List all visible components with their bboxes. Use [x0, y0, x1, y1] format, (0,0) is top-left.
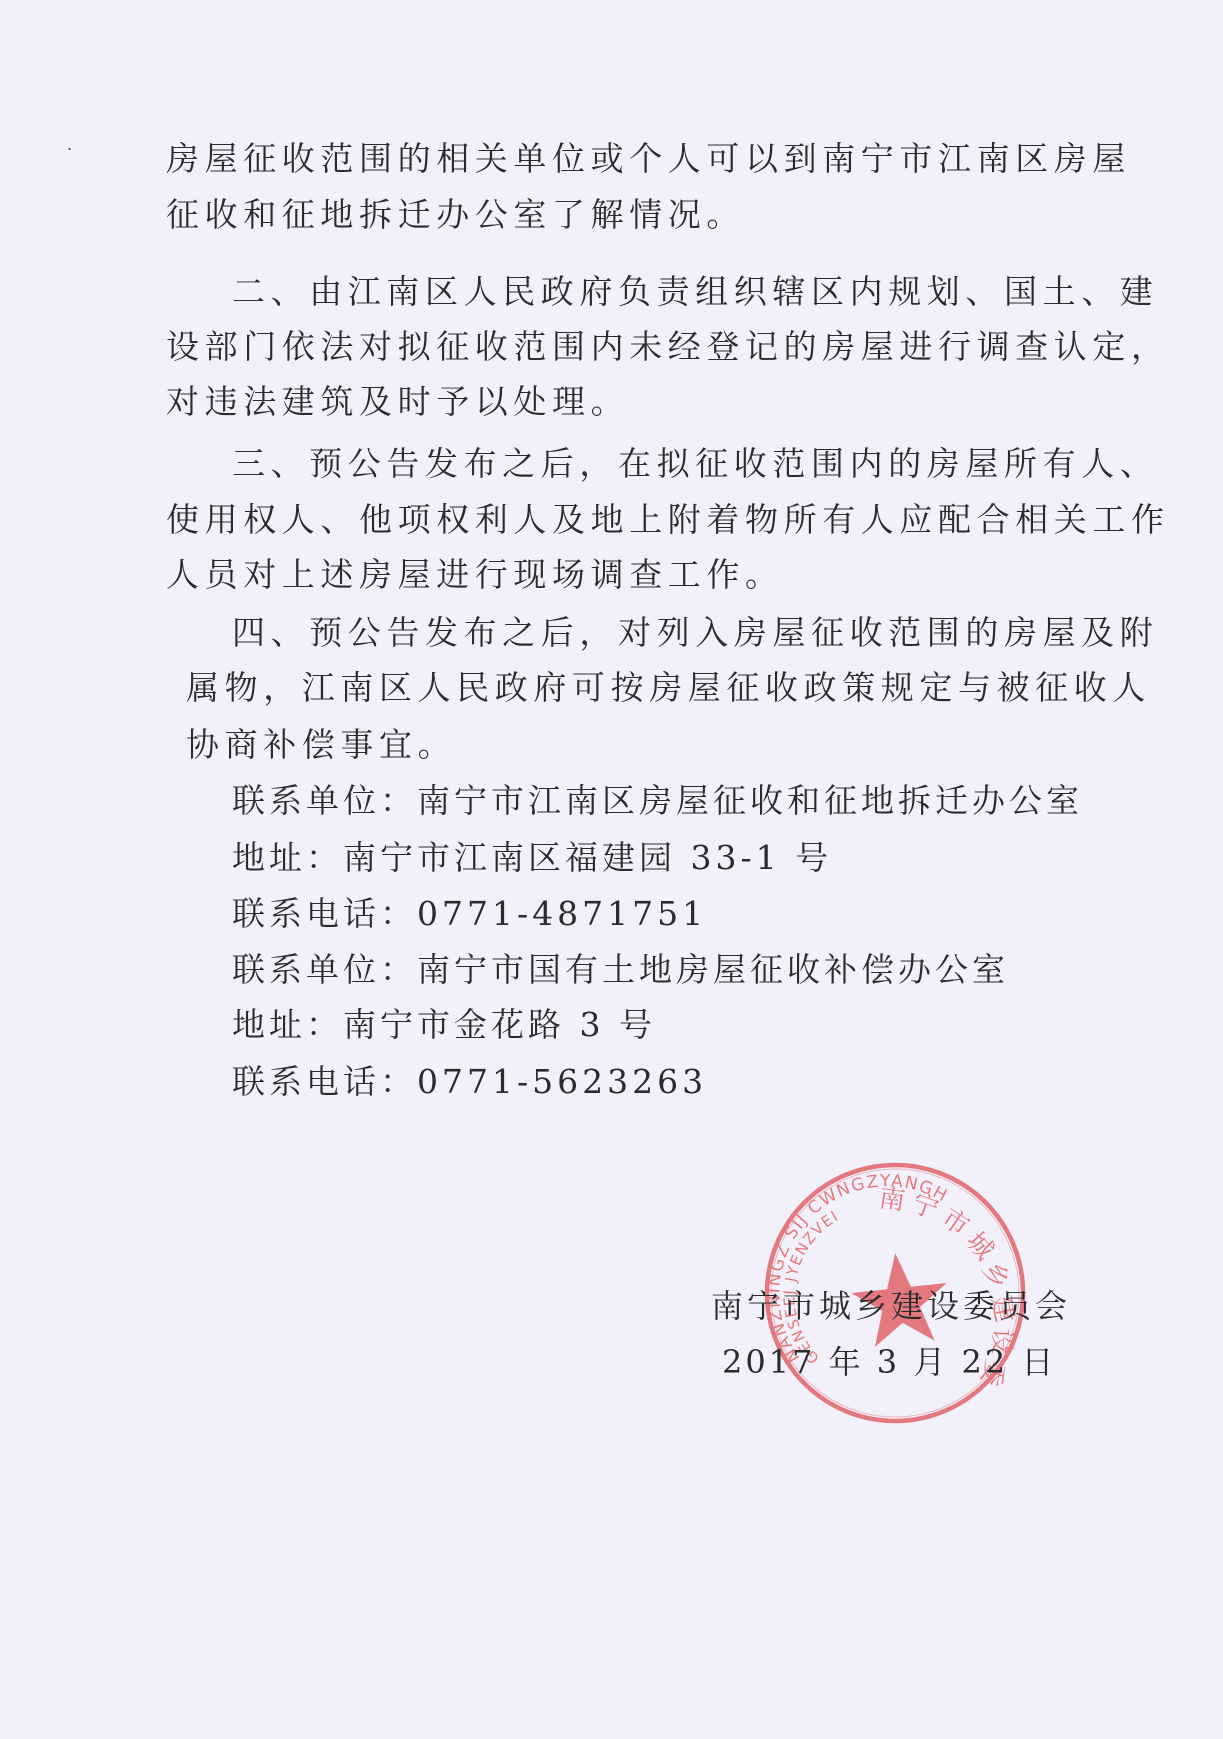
- contact-2-address-value: 南宁市金花路 3 号: [343, 1005, 656, 1044]
- paragraph-4-line-2: 属物，江南区人民政府可按房屋征收政策规定与被征收人: [186, 668, 1066, 708]
- contact-1-unit-value: 南宁市江南区房屋征收和征地拆迁办公室: [417, 781, 1083, 820]
- contact-2-phone: 联系电话：0771-5623263: [232, 1062, 707, 1102]
- svg-text:市: 市: [936, 1203, 974, 1242]
- contact-2-unit: 联系单位：南宁市国有土地房屋征收补偿办公室: [232, 950, 1009, 990]
- contact-1-unit-label: 联系单位：: [232, 781, 417, 820]
- contact-1-address-value: 南宁市江南区福建园 33-1 号: [343, 838, 832, 877]
- contact-2-unit-value: 南宁市国有土地房屋征收补偿办公室: [417, 950, 1009, 989]
- paragraph-1-line-2: 征收和征地拆迁办公室了解情况。: [166, 195, 1046, 235]
- paragraph-3-line-3: 人员对上述房屋进行现场调查工作。: [166, 555, 1046, 595]
- paragraph-2-line-3: 对违法建筑及时予以处理。: [166, 382, 1046, 422]
- paragraph-3-line-1: 三、预公告发布之后，在拟征收范围内的房屋所有人、: [232, 444, 1158, 484]
- paragraph-4-line-3: 协商补偿事宜。: [186, 725, 1066, 765]
- svg-text:南: 南: [877, 1183, 907, 1216]
- contact-2-address: 地址：南宁市金花路 3 号: [232, 1005, 656, 1045]
- paragraph-2-line-1: 二、由江南区人民政府负责组织辖区内规划、国土、建: [232, 272, 1158, 312]
- contact-1-address-label: 地址：: [232, 838, 343, 877]
- contact-1-unit: 联系单位：南宁市江南区房屋征收和征地拆迁办公室: [232, 781, 1083, 821]
- scan-speck: [68, 148, 71, 150]
- contact-1-phone: 联系电话：0771-4871751: [232, 894, 707, 934]
- signature-issuer: 南宁市城乡建设委员会: [711, 1286, 1071, 1326]
- document-page: 房屋征收范围的相关单位或个人可以到南宁市江南区房屋 征收和征地拆迁办公室了解情况…: [0, 0, 1223, 1739]
- contact-1-phone-label: 联系电话：: [232, 894, 417, 933]
- contact-1-address: 地址：南宁市江南区福建园 33-1 号: [232, 838, 832, 878]
- paragraph-2-line-2: 设部门依法对拟征收范围内未经登记的房屋进行调查认定，: [166, 327, 1046, 367]
- paragraph-3-line-2: 使用权人、他项权利人及地上附着物所有人应配合相关工作: [166, 500, 1046, 540]
- contact-2-phone-label: 联系电话：: [232, 1062, 417, 1101]
- contact-2-unit-label: 联系单位：: [232, 950, 417, 989]
- contact-1-phone-value: 0771-4871751: [417, 894, 707, 933]
- svg-text:城: 城: [960, 1227, 1000, 1266]
- paragraph-4-line-1: 四、预公告发布之后，对列入房屋征收范围的房屋及附: [232, 613, 1158, 653]
- contact-2-phone-value: 0771-5623263: [417, 1062, 707, 1101]
- signature-date: 2017 年 3 月 22 日: [722, 1342, 1056, 1382]
- contact-2-address-label: 地址：: [232, 1005, 343, 1044]
- paragraph-1-line-1: 房屋征收范围的相关单位或个人可以到南宁市江南区房屋: [166, 139, 1046, 179]
